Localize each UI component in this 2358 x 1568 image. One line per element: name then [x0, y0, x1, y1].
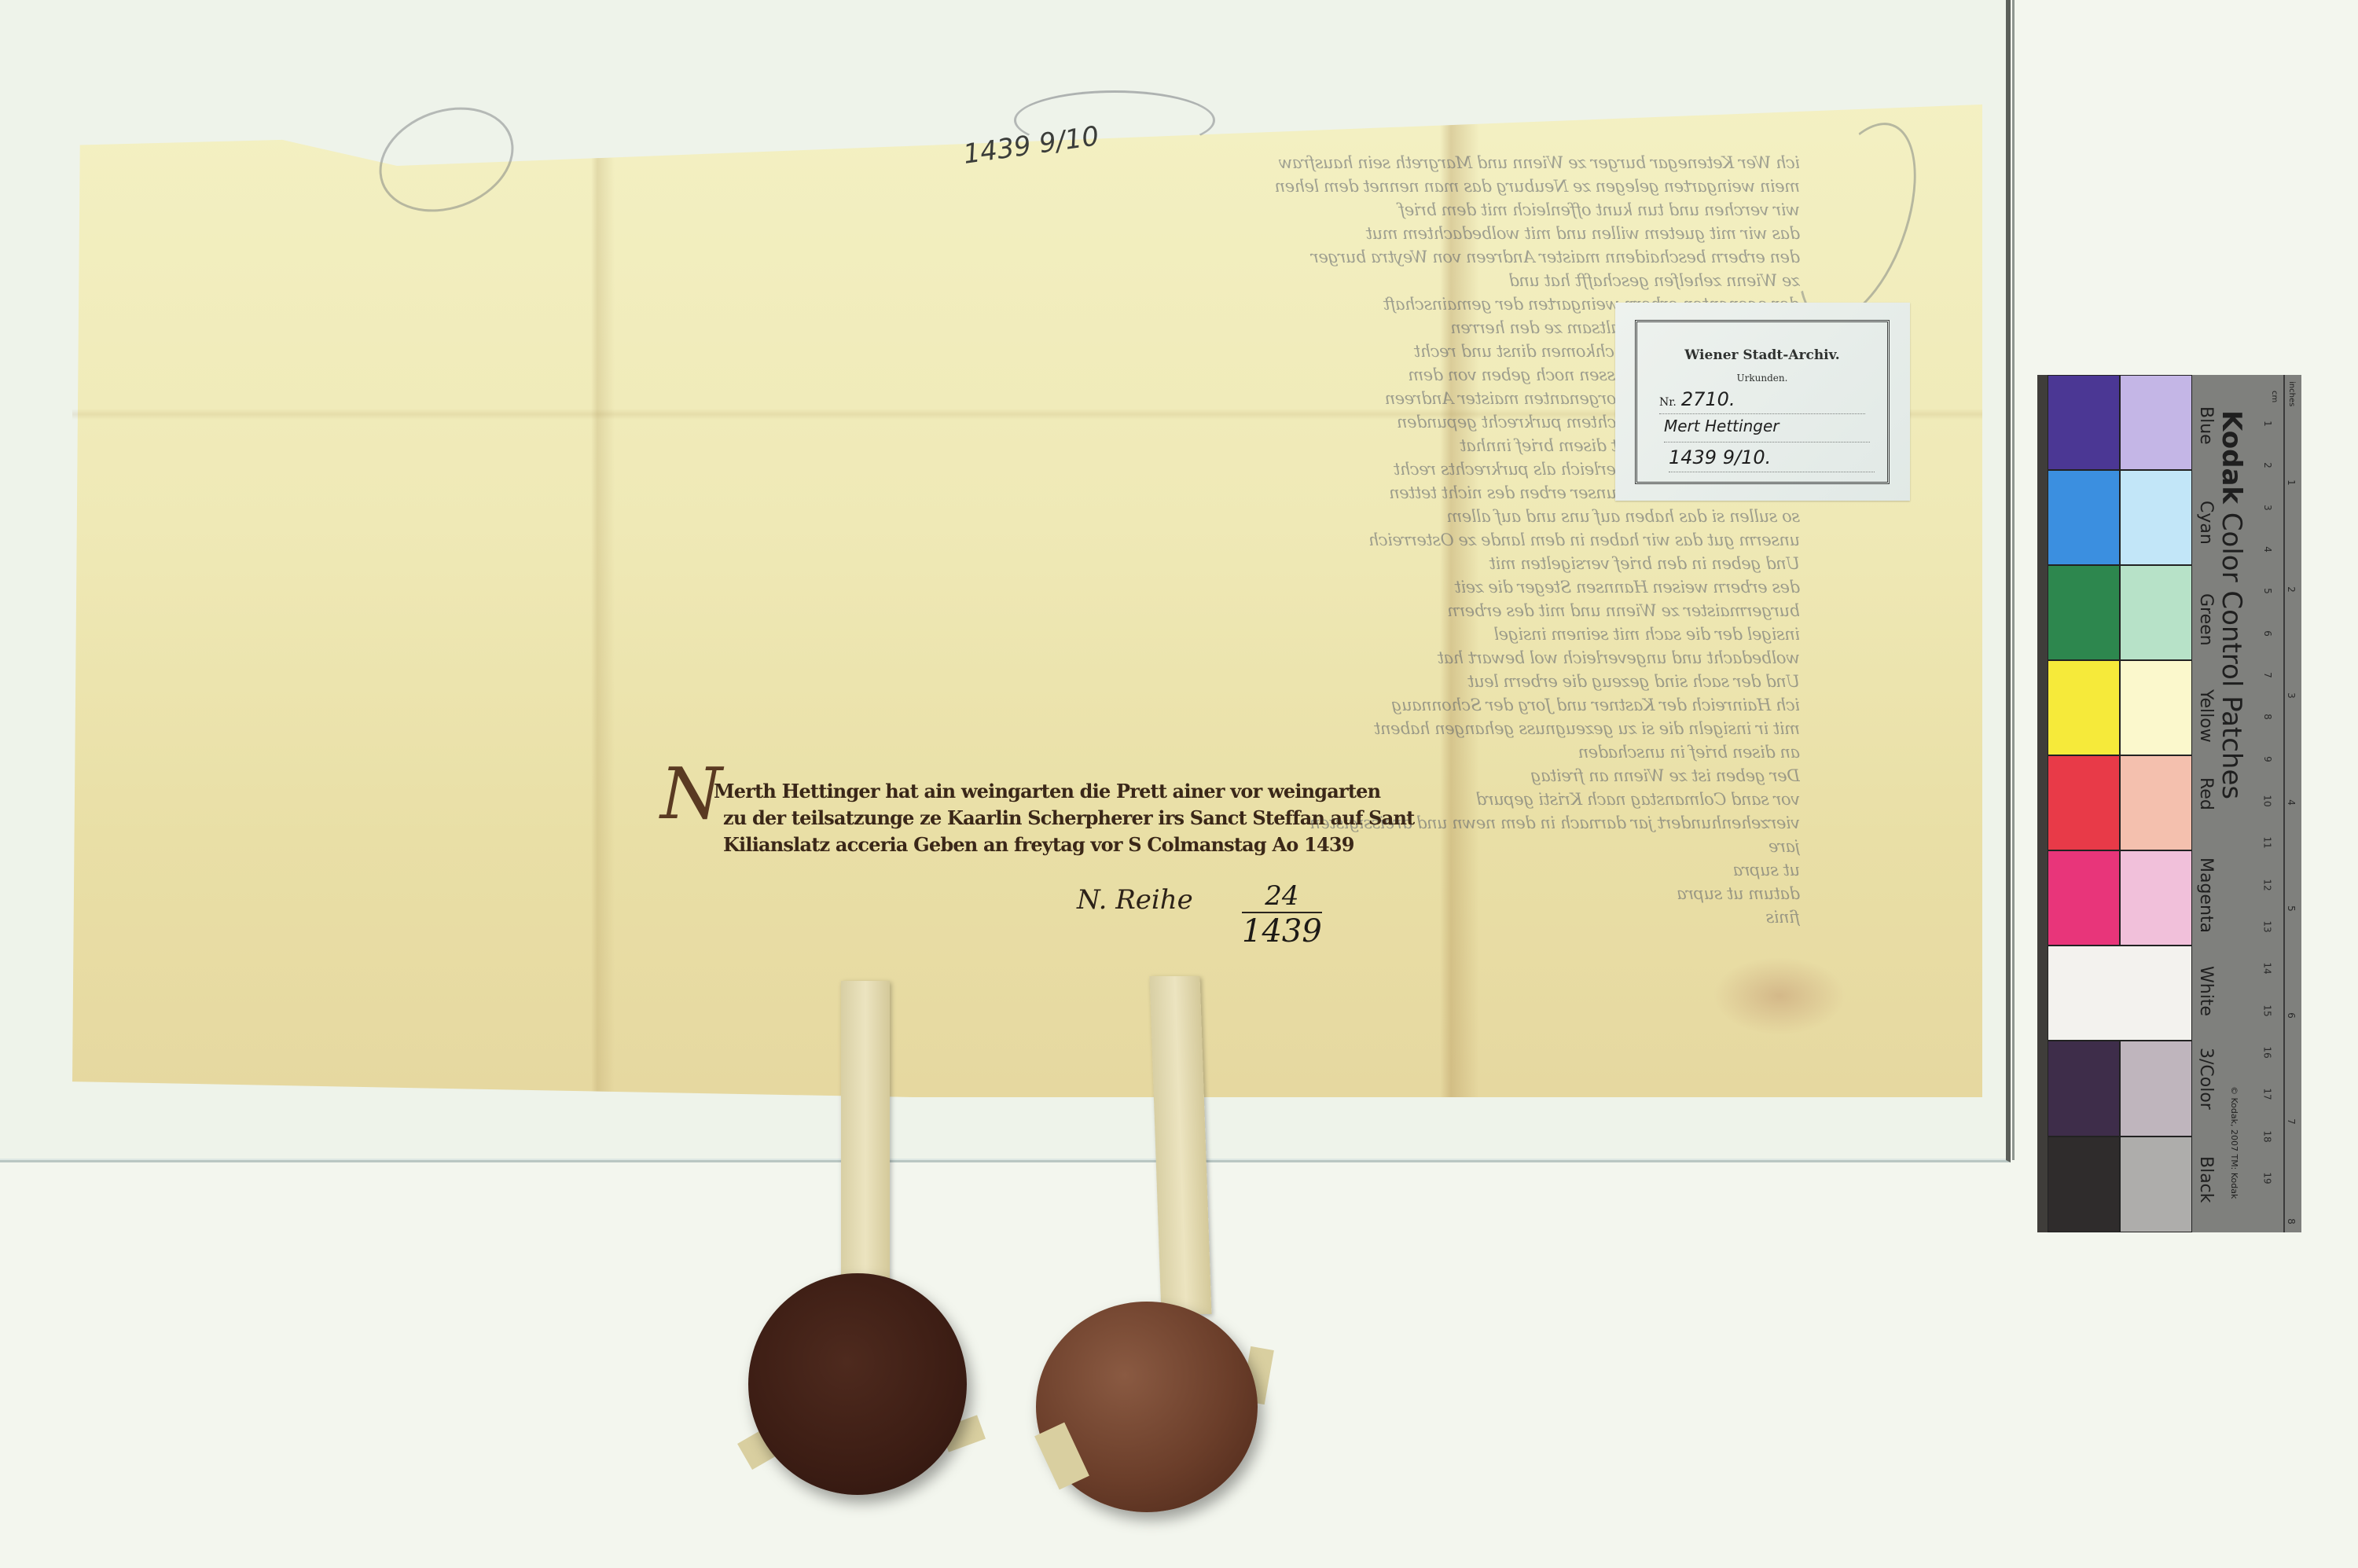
ruler-inch-line	[2283, 375, 2285, 1232]
cm-tick: 13	[2262, 920, 2273, 932]
text-line: Und der sach sind gezeug die erbern leut	[212, 670, 1800, 693]
cm-tick: 10	[2262, 795, 2273, 806]
patch-label-green: Green	[2196, 593, 2216, 646]
patch-yellow-dark	[2048, 660, 2120, 755]
text-line: ich Hainreich der Kastner und Jorg der S…	[212, 693, 1800, 717]
cm-tick: 7	[2262, 672, 2273, 678]
patch-green-dark	[2048, 565, 2120, 660]
chart-title-text: Color Control Patches	[2216, 512, 2247, 799]
text-line: ut supra	[212, 858, 1800, 882]
text-line: wir verchen und tun kunt offenleich mit …	[212, 198, 1800, 222]
cm-tick: 17	[2262, 1088, 2273, 1100]
text-line: mit ir insigeln die si zu gezeugnuss geh…	[212, 717, 1800, 740]
archive-label-name-row: Mert Hettinger	[1664, 417, 1870, 442]
text-line: wolbedacht und ungeverleich wol bewart h…	[212, 646, 1800, 670]
cm-tick: 6	[2262, 630, 2273, 637]
archive-label: Wiener Stadt-Archiv. Urkunden. Nr.2710. …	[1615, 303, 1910, 501]
patch-red-dark	[2048, 755, 2120, 850]
archive-label-title: Wiener Stadt-Archiv.	[1637, 347, 1887, 363]
text-line: ich sullen auch nicht lassen noch geben …	[212, 363, 1800, 387]
text-line: des erbern weisen Hannsen Steger die zei…	[212, 575, 1800, 599]
cm-tick: 2	[2262, 462, 2273, 468]
text-line: unserm gut das wir haben in dem lande ze…	[212, 528, 1800, 552]
cm-tick: 5	[2262, 588, 2273, 594]
text-line: Andreen und seinen nachkomen dinst und r…	[212, 340, 1800, 363]
shelf-mark-prefix: N. Reihe	[1077, 884, 1193, 916]
patch-label-magenta: Magenta	[2196, 857, 2216, 933]
text-line: finis	[212, 905, 1800, 929]
inch-tick: 7	[2286, 1118, 2297, 1125]
patch-label-black: Black	[2196, 1156, 2216, 1203]
text-line: und seinen erben ze rechtem purkrecht ge…	[212, 410, 1800, 434]
inch-tick: 1	[2286, 479, 2297, 486]
text-line: ze Wienn zehelfen geschafft hat und	[212, 269, 1800, 292]
cm-tick: 14	[2262, 962, 2273, 974]
chart-copyright: © Kodak, 2007 TM: Kodak	[2229, 1086, 2239, 1199]
text-line: mein weingarten gelegen ze Neuburg das m…	[212, 174, 1800, 198]
text-line: Und geben in den brief versigelten mit	[212, 552, 1800, 575]
text-line: der egenanten erbern weingarten der gema…	[212, 292, 1800, 316]
archive-label-border: Wiener Stadt-Archiv. Urkunden. Nr.2710. …	[1635, 320, 1890, 484]
patch-3color-light	[2120, 1041, 2192, 1137]
shelf-mark-denominator: 1439	[1242, 913, 1322, 949]
archive-label-number-row: Nr.2710.	[1659, 388, 1865, 414]
patch-white	[2048, 946, 2192, 1041]
cm-tick: 4	[2262, 546, 2273, 553]
text-line: Wer aber das wir oder unser erben des ni…	[212, 481, 1800, 505]
ruler-unit-inches: inches	[2287, 381, 2296, 406]
archive-label-subtitle: Urkunden.	[1637, 373, 1887, 384]
text-line: Und wer der ist der mit disem brief innh…	[212, 434, 1800, 457]
inch-tick: 4	[2286, 799, 2297, 806]
inch-tick: 5	[2286, 905, 2297, 912]
patch-green-light	[2120, 565, 2192, 660]
chart-title: Kodak Color Control Patches	[2216, 410, 2247, 799]
cm-tick: 11	[2262, 836, 2273, 848]
text-line: das wir mit guetem willen und mit wolbed…	[212, 222, 1800, 245]
patch-yellow-light	[2120, 660, 2192, 755]
chart-edge-strip	[2037, 375, 2048, 1232]
patch-cyan-dark	[2048, 470, 2120, 565]
cm-tick: 16	[2262, 1046, 2273, 1058]
text-line: den erbern beschaidenn maister Andreen v…	[212, 245, 1800, 269]
patch-magenta-light	[2120, 850, 2192, 946]
patch-black-light	[2120, 1137, 2192, 1232]
inch-tick: 3	[2286, 692, 2297, 699]
kodak-color-chart: Blue Cyan Green Yellow Red Magenta White…	[2037, 375, 2301, 1232]
wax-seal-left	[748, 1273, 967, 1495]
patch-blue-dark	[2048, 375, 2120, 470]
patch-red-light	[2120, 755, 2192, 850]
text-line: so sullen si das haben auf uns und auf a…	[212, 505, 1800, 528]
dorsal-note: Merth Hettinger hat ain weingarten die P…	[667, 778, 1421, 858]
patch-label-3color: 3/Color	[2196, 1048, 2216, 1110]
archive-label-number-key: Nr.	[1659, 396, 1677, 409]
patch-black-dark	[2048, 1137, 2120, 1232]
cm-tick: 8	[2262, 714, 2273, 720]
patch-label-red: Red	[2196, 777, 2216, 810]
ruler-unit-cm: cm	[2270, 391, 2279, 402]
text-line: insigel der die sach mit seinem insigel	[212, 622, 1800, 646]
shelf-mark-numerator: 24	[1242, 880, 1322, 913]
text-line: burgermaister ze Wienn und mit des erber…	[212, 599, 1800, 622]
seal-tag-left	[841, 981, 890, 1287]
dorsal-note-line: Merth Hettinger hat ain weingarten die P…	[667, 778, 1421, 805]
inch-tick: 2	[2286, 586, 2297, 593]
patch-blue-light	[2120, 375, 2192, 470]
shelf-mark-fraction: 24 1439	[1242, 880, 1322, 949]
cm-tick: 15	[2262, 1004, 2273, 1016]
archive-label-date: 1439 9/10.	[1669, 446, 1771, 468]
patch-label-white: White	[2196, 966, 2216, 1016]
patch-label-blue: Blue	[2196, 406, 2216, 445]
text-line: an disen brief in unschaden	[212, 740, 1800, 764]
patch-cyan-light	[2120, 470, 2192, 565]
patch-label-cyan: Cyan	[2196, 501, 2216, 545]
archive-label-name: Mert Hettinger	[1664, 417, 1779, 435]
patch-3color-dark	[2048, 1041, 2120, 1137]
chart-brand: Kodak	[2216, 410, 2247, 504]
inch-tick: 8	[2286, 1218, 2297, 1225]
cm-tick: 18	[2262, 1130, 2273, 1142]
cm-tick: 19	[2262, 1172, 2273, 1184]
cm-tick: 9	[2262, 756, 2273, 762]
glass-edge-line	[2012, 0, 2015, 1160]
chart-ruler: Blue Cyan Green Yellow Red Magenta White…	[2192, 375, 2301, 1232]
text-line: Und sullen auch dem vorgenanten maister …	[212, 387, 1800, 410]
cm-tick: 1	[2262, 420, 2273, 427]
text-line: getrewleich und ungeverleich als purkrec…	[212, 457, 1800, 481]
cm-tick: 12	[2262, 879, 2273, 890]
text-line: datum ut supra	[212, 882, 1800, 905]
patch-magenta-dark	[2048, 850, 2120, 946]
dorsal-note-line: zu der teilsatzunge ze Kaarlin Scherpher…	[667, 805, 1421, 832]
dorsal-note-line: Kilianslatz acceria Geben an freytag vor…	[667, 832, 1421, 858]
inch-tick: 6	[2286, 1012, 2297, 1019]
archive-label-number-value: 2710.	[1681, 388, 1735, 410]
cm-tick: 3	[2262, 505, 2273, 511]
patch-label-yellow: Yellow	[2196, 689, 2216, 743]
archive-label-date-row: 1439 9/10.	[1669, 446, 1875, 472]
text-line: und mit der ewen gewaltsam ze den herren	[212, 316, 1800, 340]
